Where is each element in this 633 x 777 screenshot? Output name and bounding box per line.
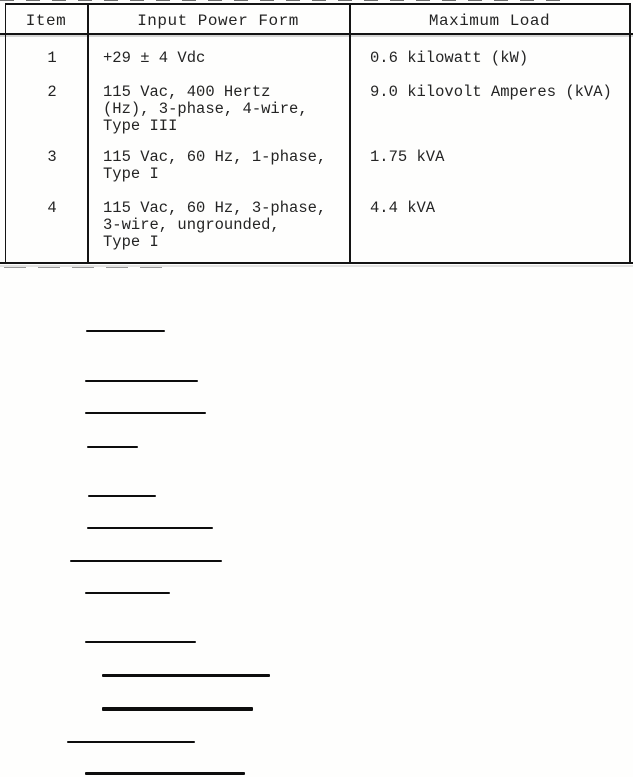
table-right-border: [629, 3, 631, 263]
blank-line: [102, 674, 270, 677]
item-number-cell: 2: [20, 84, 84, 101]
column-header-input-power-form: Input Power Form: [87, 12, 349, 30]
blank-line: [87, 446, 138, 448]
input-power-form-cell: 115 Vac, 60 Hz, 1-phase, Type I: [103, 149, 345, 183]
scan-artifact-smudge: [4, 267, 164, 268]
column-header-maximum-load: Maximum Load: [349, 12, 630, 30]
blank-line: [85, 380, 198, 382]
input-power-form-cell: 115 Vac, 60 Hz, 3-phase, 3-wire, ungroun…: [103, 200, 345, 251]
table-column-separator-2: [349, 3, 351, 263]
scan-artifact-top-dashes: [0, 0, 570, 1]
blank-line: [87, 527, 213, 529]
maximum-load-cell: 4.4 kVA: [370, 200, 628, 217]
blank-line: [86, 330, 165, 332]
input-power-form-cell: 115 Vac, 400 Hertz (Hz), 3-phase, 4-wire…: [103, 84, 345, 135]
blank-line: [85, 772, 245, 775]
maximum-load-cell: 0.6 kilowatt (kW): [370, 50, 628, 67]
item-number-cell: 4: [20, 200, 84, 217]
table-header-rule: [0, 33, 633, 35]
blank-line: [85, 412, 206, 414]
blank-line: [88, 495, 156, 497]
blank-line: [85, 641, 196, 643]
blank-line: [70, 560, 222, 562]
table-top-border: [5, 3, 630, 5]
blank-line: [102, 707, 253, 711]
column-header-item: Item: [5, 12, 87, 30]
blank-line: [67, 741, 195, 743]
item-number-cell: 1: [20, 50, 84, 67]
item-number-cell: 3: [20, 149, 84, 166]
maximum-load-cell: 1.75 kVA: [370, 149, 628, 166]
blank-line: [85, 592, 170, 594]
table-bottom-border: [0, 262, 633, 264]
table-left-border: [5, 3, 6, 263]
input-power-form-cell: +29 ± 4 Vdc: [103, 50, 345, 67]
table-column-separator-1: [87, 3, 89, 263]
maximum-load-cell: 9.0 kilovolt Amperes (kVA): [370, 84, 628, 101]
document-page: Item Input Power Form Maximum Load 1 +29…: [0, 0, 633, 777]
